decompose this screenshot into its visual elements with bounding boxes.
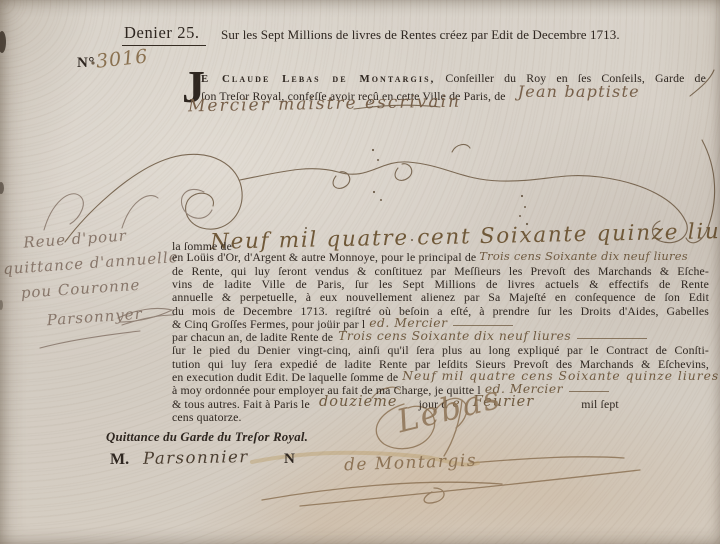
date-line-printed-3: mil ſept	[581, 397, 619, 411]
signature-underline-swoosh	[262, 482, 502, 500]
body-line-5: annuelle & perpetuelle, à eux nouvelleme…	[172, 291, 709, 305]
parchment-document: Denier 25. Sur les Sept Millions de livr…	[0, 0, 720, 544]
signature-tail-line	[470, 457, 624, 463]
payer-name-handwritten: Jean baptiste	[518, 82, 640, 101]
fill-dash	[569, 391, 609, 392]
n-label: N	[284, 451, 295, 468]
date-day-handwritten: douzieme	[319, 394, 398, 410]
name-smallcaps: E Claude Lebas de Montargis,	[201, 73, 435, 85]
payer-title-handwritten: Mercier maistre escrivain	[188, 92, 461, 117]
flourish-margin-curl-3	[181, 189, 212, 218]
serial-label: N°	[77, 55, 95, 72]
date-line-printed-1: & tous autres. Fait à Paris le	[172, 397, 310, 411]
body-line-9: ſur le pied du Denier vingt-cinq, ainſi …	[172, 344, 709, 358]
signature-long-diagonal	[300, 470, 640, 506]
body-line-2-handwritten: Trois cens Soixante dix neuf liures	[479, 249, 688, 263]
body-line-7-printed: & Cinq Groſſes Fermes, pour joüir par l	[172, 317, 365, 331]
m-label: M.	[110, 451, 129, 469]
signature-name-handwritten: de Montargis	[344, 451, 478, 476]
quittance-caption: Quittance du Garde du Treſor Royal.	[106, 430, 308, 445]
margin-note-signature: Parsonnyer	[46, 299, 183, 333]
flourish-margin-tail	[40, 331, 140, 348]
flourish-loop-1	[333, 172, 350, 189]
fill-dash	[577, 338, 647, 339]
body-line-3-printed: de Rente, qui luy ſeront vendus & conſti…	[172, 264, 709, 278]
body-line-2-printed: en Loüis d'Or, d'Argent & autre Monnoye,…	[172, 250, 476, 264]
body-line-11-printed: en execution dudit Edit. De laquelle ſom…	[172, 370, 398, 384]
serial-number-handwritten: 3016	[95, 45, 149, 72]
body-line-5-printed: annuelle & perpetuelle, à eux nouvelleme…	[172, 290, 709, 304]
fill-dash	[453, 325, 513, 326]
body-line-8-printed: par chacun an, de ladite Rente de	[172, 330, 333, 344]
edict-title: Sur les Sept Millions de livres de Rente…	[221, 27, 620, 43]
body-line-9-printed: ſur le pied du Denier vingt-cinq, ainſi …	[172, 343, 709, 357]
flourish-loop-2	[395, 164, 412, 181]
body-line-11-handwritten: Neuf mil quatre cens Soixante quinze liu…	[402, 369, 719, 383]
body-line-4-printed: vins de ladite Ville de Paris, ſur les S…	[172, 277, 709, 291]
body-line-8-handwritten: Trois cens Soixante dix neuf liures	[338, 329, 571, 343]
margin-note: Reue d'pour quittance d'annuelle pou Cou…	[1, 220, 184, 336]
signature-underline-loop	[424, 488, 444, 503]
body-line-7-handwritten: ed. Mercier	[369, 316, 447, 330]
flourish-margin-curl-1	[44, 194, 83, 230]
denier-heading: Denier 25.	[124, 23, 200, 43]
flourish-small-curl	[452, 145, 470, 152]
body-line-2: en Loüis d'Or, d'Argent & autre Monnoye,…	[172, 251, 709, 265]
body-last-line-printed: cens quatorze.	[172, 410, 242, 424]
clerk-name-handwritten: Parsonnier	[143, 447, 249, 468]
